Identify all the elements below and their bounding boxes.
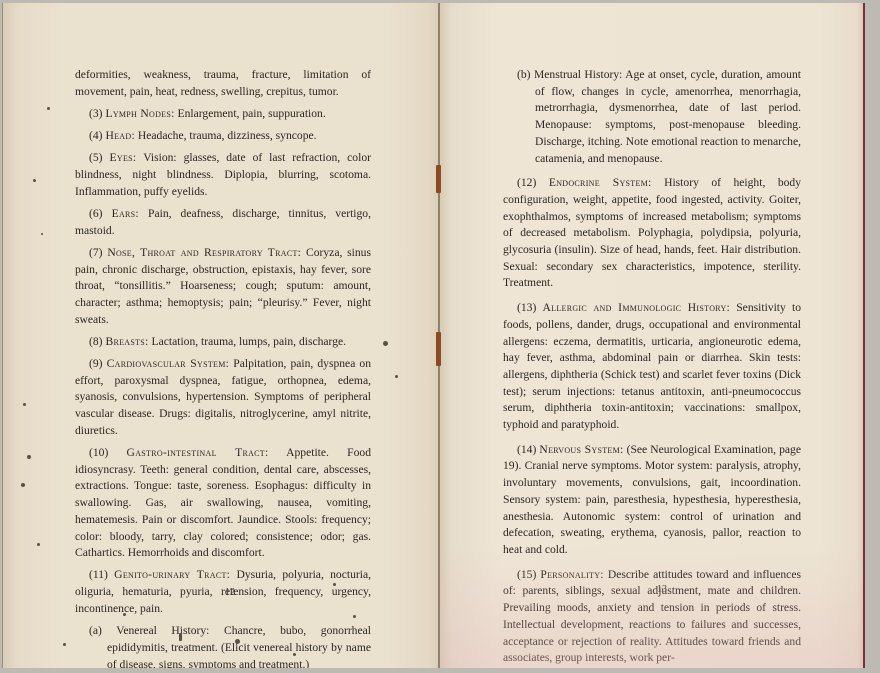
item-number: (8) [89,335,103,348]
item-number: (3) [89,107,103,120]
paper-speck [235,639,240,644]
paper-speck [23,403,26,406]
paragraph-text: Appetite. Food idiosyncrasy. Teeth: gene… [75,446,371,559]
paragraph-personality: (15) Personality: Describe attitudes tow… [503,567,801,667]
paragraph-menstrual-history: (b) Menstrual History: Age at onset, cyc… [503,67,801,167]
paragraph-text: (See Neurological Examination, page 19).… [503,443,801,556]
paragraph-text: History of height, body configuration, w… [503,176,801,289]
item-number: (5) [89,151,103,164]
item-letter: (a) [89,624,102,637]
left-page: deformities, weakness, trauma, fracture,… [2,3,440,668]
paragraph-text: deformities, weakness, trauma, fracture,… [75,68,371,98]
item-number: (4) [89,129,103,142]
paragraph-text: Sensitivity to foods, pollens, dander, d… [503,301,801,431]
paragraph-gastro-intestinal: (10) Gastro-intestinal Tract: Appetite. … [75,445,371,562]
paper-speck [33,179,36,182]
section-heading: Nose, Throat and Respiratory Tract: [107,246,301,259]
paragraph-venereal-history: (a) Venereal History: Chancre, bubo, gon… [75,623,371,668]
paragraph-text: Enlargement, pain, suppuration. [178,107,326,120]
paper-speck [179,633,182,641]
paper-speck [41,233,43,235]
section-heading: Genito-urinary Tract: [114,568,230,581]
paper-speck [333,583,336,586]
section-heading: Lymph Nodes: [105,107,174,120]
paragraph-continuation: deformities, weakness, trauma, fracture,… [75,67,371,100]
item-number: (6) [89,207,103,220]
page-number: 12 [225,587,235,598]
section-heading: Allergic and Immunologic History: [542,301,730,314]
paper-speck [395,375,398,378]
paragraph-eyes: (5) Eyes: Vision: glasses, date of last … [75,150,371,200]
paragraph-cardiovascular: (9) Cardiovascular System: Palpitation, … [75,356,371,440]
paragraph-allergic-immunologic: (13) Allergic and Immunologic History: S… [503,300,801,434]
paper-speck [27,455,31,459]
paragraph-text: Describe attitudes toward and influences… [503,568,801,665]
paper-speck [37,543,40,546]
paragraph-head: (4) Head: Headache, trauma, dizziness, s… [75,128,371,145]
section-heading: Nervous System: [539,443,623,456]
paragraph-nervous-system: (14) Nervous System: (See Neurological E… [503,442,801,559]
paper-speck [63,643,66,646]
staple-top [436,165,441,193]
paragraph-breasts: (8) Breasts: Lactation, trauma, lumps, p… [75,334,371,351]
paper-speck [383,341,388,346]
item-number: (10) [89,446,108,459]
item-number: (15) [517,568,536,581]
section-heading: Head: [105,129,135,142]
paragraph-genito-urinary: (11) Genito-urinary Tract: Dysuria, poly… [75,567,371,617]
item-number: (11) [89,568,108,581]
section-heading: Breasts: [105,335,148,348]
section-heading: Personality: [540,568,604,581]
paragraph-text: Venereal History: Chancre, bubo, gonorrh… [107,624,371,668]
page-number: 13 [657,584,667,595]
section-heading: Eyes: [110,151,137,164]
staple-bottom [436,332,441,366]
section-heading: Gastro-intestinal Tract: [127,446,269,459]
paragraph-ears: (6) Ears: Pain, deafness, discharge, tin… [75,206,371,239]
paragraph-text: Headache, trauma, dizziness, syncope. [138,129,317,142]
item-number: (9) [89,357,103,370]
right-page: (b) Menstrual History: Age at onset, cyc… [439,3,865,668]
paragraph-text: Menstrual History: Age at onset, cycle, … [534,68,801,165]
paper-speck [47,107,50,110]
paragraph-nose-throat: (7) Nose, Throat and Respiratory Tract: … [75,245,371,329]
paragraph-text: Lactation, trauma, lumps, pain, discharg… [151,335,346,348]
paper-speck [353,615,356,618]
open-booklet-spread: deformities, weakness, trauma, fracture,… [0,0,880,673]
item-number: (13) [517,301,536,314]
right-page-body: (b) Menstrual History: Age at onset, cyc… [503,67,801,668]
paragraph-endocrine: (12) Endocrine System: History of height… [503,175,801,292]
section-heading: Endocrine System: [549,176,652,189]
item-letter: (b) [517,68,531,81]
section-heading: Ears: [112,207,139,220]
paragraph-lymph-nodes: (3) Lymph Nodes: Enlargement, pain, supp… [75,106,371,123]
paper-speck [123,613,126,616]
item-number: (12) [517,176,536,189]
left-page-body: deformities, weakness, trauma, fracture,… [75,67,371,668]
item-number: (7) [89,246,103,259]
paper-speck [293,653,296,656]
item-number: (14) [517,443,536,456]
paper-speck [21,483,25,487]
section-heading: Cardiovascular System: [107,357,230,370]
